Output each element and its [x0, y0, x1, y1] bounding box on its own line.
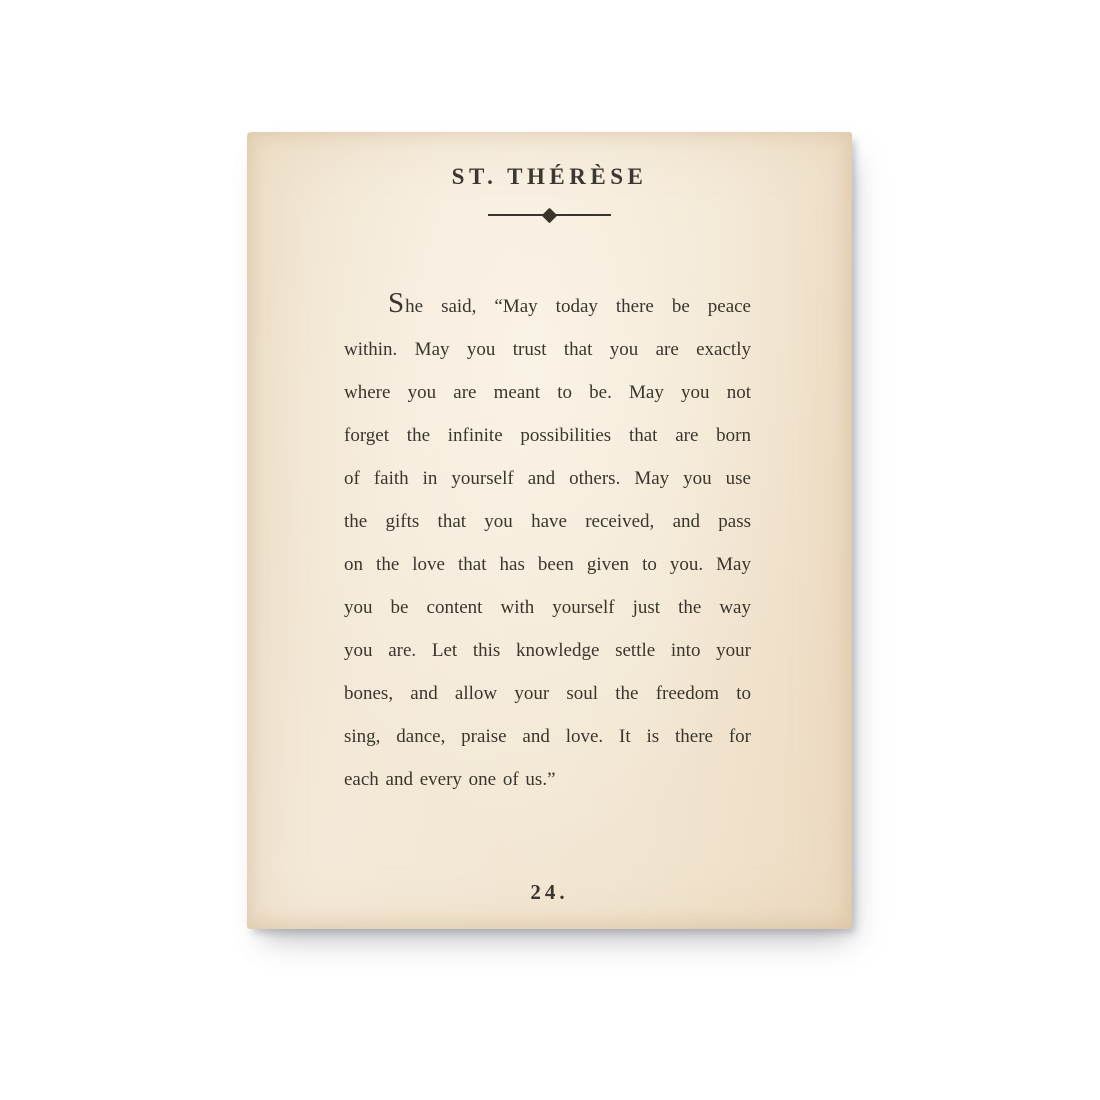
quote-line: forget the infinite possibilities that a…	[344, 414, 751, 457]
quote-text: She said, “May today there be peace with…	[344, 282, 751, 801]
quote-line: bones, and allow your soul the freedom t…	[344, 672, 751, 715]
page-title: ST. THÉRÈSE	[247, 164, 852, 190]
quote-line: on the love that has been given to you. …	[344, 543, 751, 586]
quote-line: She said, “May today there be peace	[344, 282, 751, 328]
quote-line: sing, dance, praise and love. It is ther…	[344, 715, 751, 758]
quote-line: where you are meant to be. May you not	[344, 371, 751, 414]
quote-line: of faith in yourself and others. May you…	[344, 457, 751, 500]
book-page-print: ST. THÉRÈSE She said, “May today there b…	[247, 132, 852, 929]
divider-ornament	[247, 208, 852, 222]
divider-line-right	[553, 214, 611, 216]
quote-line: you are. Let this knowledge settle into …	[344, 629, 751, 672]
photo-background: ST. THÉRÈSE She said, “May today there b…	[0, 0, 1100, 1100]
quote-line: you be content with yourself just the wa…	[344, 586, 751, 629]
divider-line-left	[488, 214, 546, 216]
page-number: 24.	[247, 880, 852, 905]
quote-line: the gifts that you have received, and pa…	[344, 500, 751, 543]
quote-line: each and every one of us.”	[344, 758, 751, 801]
diamond-ornament-icon	[542, 207, 558, 223]
quote-line: within. May you trust that you are exact…	[344, 328, 751, 371]
